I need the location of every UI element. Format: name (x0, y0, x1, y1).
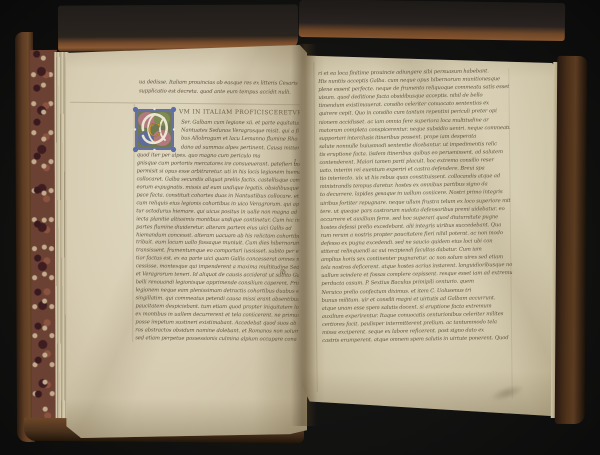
margin-mark: l. (294, 159, 298, 166)
left-page-prelim-paragraph: ua dedisse. Italiam prouincias ob easque… (139, 78, 299, 97)
illuminated-initial: C (131, 105, 178, 154)
right-page-body-text: ri et ea loca finitime prouincie adiunge… (318, 67, 513, 345)
white-vine-initial-icon: C (131, 105, 178, 154)
manuscript-photo: ua dedisse. Italiam prouincias ob easque… (0, 0, 600, 455)
left-page-body-text: quod iter per alpes. quo magno cum peric… (135, 152, 300, 344)
top-edge-left-cover (58, 4, 298, 51)
initial-letter: C (148, 120, 162, 141)
right-cover-board (555, 56, 588, 424)
left-page-indented-lines: Ser. Galbam cum legione xii. et parte eq… (181, 118, 299, 152)
chapter-heading: VM IN ITALIAM PROFICISCERETVR. CESAR. (179, 108, 300, 117)
top-leaf-edges (301, 31, 561, 59)
margin-mark: ib (280, 269, 286, 276)
